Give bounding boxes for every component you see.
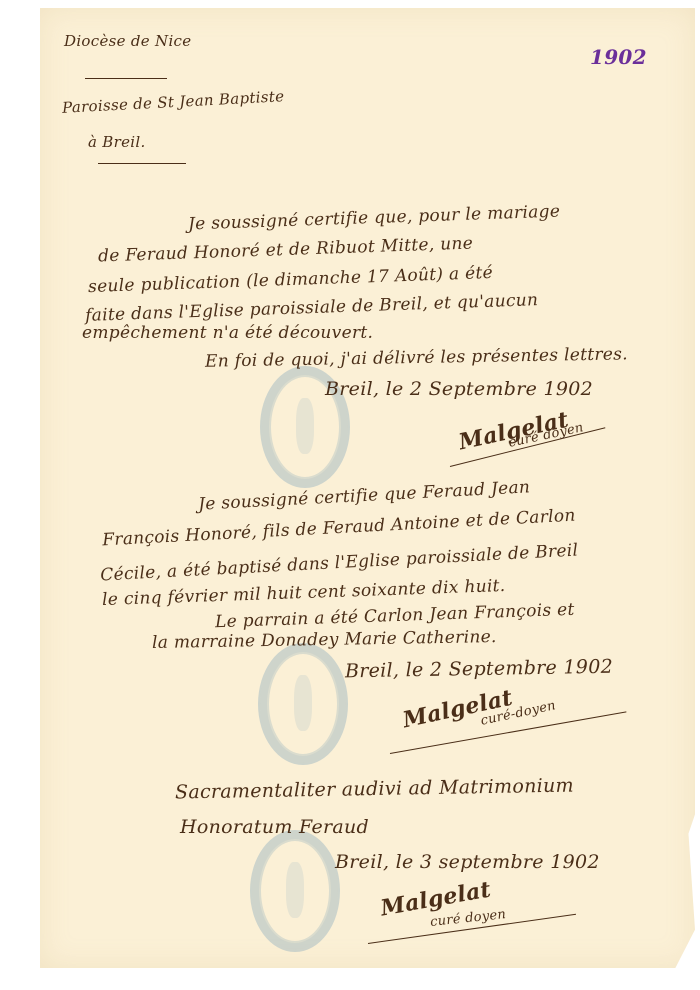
text-line: Honoratum Feraud xyxy=(180,816,369,838)
text-line: Le parrain a été Carlon Jean François et xyxy=(215,600,575,633)
text-line: En foi de quoi, j'ai délivré les présent… xyxy=(205,344,628,371)
parish-seal-stamp xyxy=(258,643,348,765)
year-annotation: 1902 xyxy=(590,45,647,69)
text-line: faite dans l'Eglise paroissiale de Breil… xyxy=(85,290,539,326)
document-page: Diocèse de Nice Paroisse de St Jean Bapt… xyxy=(40,8,695,968)
text-line: empêchement n'a été découvert. xyxy=(82,323,373,343)
text-line: Je soussigné certifie que, pour le maria… xyxy=(188,202,561,235)
text-line: Sacramentaliter audivi ad Matrimonium xyxy=(175,775,574,804)
text-line: seule publication (le dimanche 17 Août) … xyxy=(88,263,494,297)
parish-heading: Paroisse de St Jean Baptiste xyxy=(62,87,285,117)
place-date: Breil, le 2 Septembre 1902 xyxy=(325,378,593,400)
diocese-heading: Diocèse de Nice xyxy=(64,32,191,50)
header-rule xyxy=(98,163,186,164)
place-date: Breil, le 3 septembre 1902 xyxy=(335,851,600,873)
text-line: de Feraud Honoré et de Ribuot Mitte, une xyxy=(98,233,474,266)
header-rule xyxy=(85,78,167,79)
place-date: Breil, le 2 Septembre 1902 xyxy=(345,656,613,683)
text-line: Cécile, a été baptisé dans l'Eglise paro… xyxy=(100,540,579,585)
text-line: la marraine Donadey Marie Catherine. xyxy=(152,627,497,653)
parish-seal-stamp xyxy=(250,830,340,952)
text-line: Je soussigné certifie que Feraud Jean xyxy=(198,477,531,514)
parish-town: à Breil. xyxy=(88,133,146,151)
